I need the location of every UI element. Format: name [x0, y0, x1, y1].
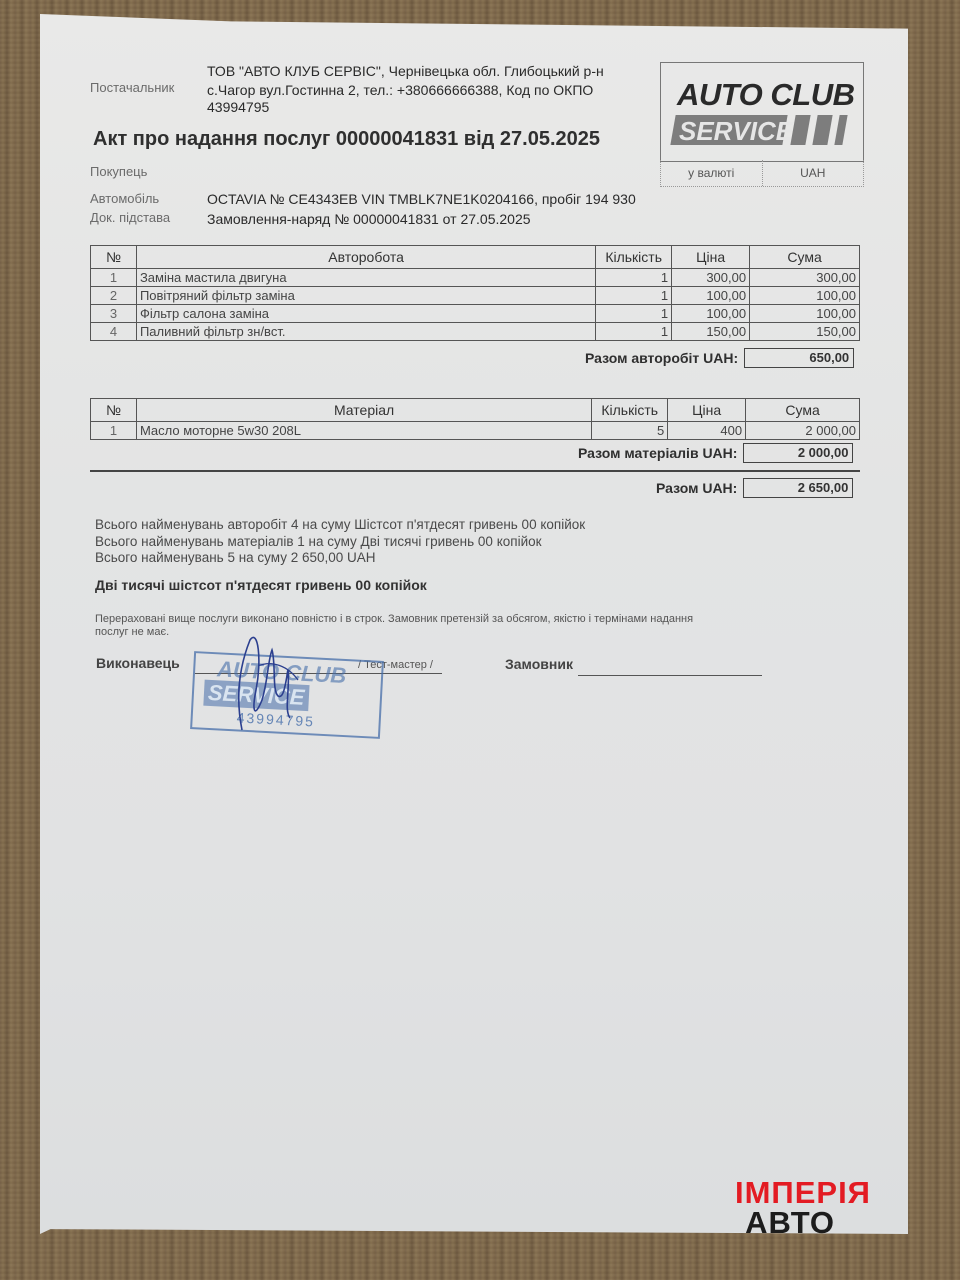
watermark-logo: ІМПЕРІЯ АВТО — [735, 1178, 871, 1238]
grand-total-label: Разом UAH: — [656, 480, 737, 496]
document-title: Акт про надання послуг 00000041831 від 2… — [93, 128, 600, 151]
table-cell: 300,00 — [672, 269, 750, 287]
materials-header-cell: Матеріал — [136, 399, 591, 422]
table-cell: 1 — [91, 422, 137, 440]
table-cell: Фільтр салона заміна — [136, 305, 595, 323]
logo-bar-icon — [790, 115, 810, 145]
basis-label: Док. підстава — [90, 210, 170, 225]
table-cell: 5 — [592, 422, 668, 440]
logo-text-top: AUTO CLUB — [677, 77, 854, 113]
table-cell: 1 — [596, 323, 672, 341]
table-row: 1Масло моторне 5w30 208L54002 000,00 — [91, 422, 860, 440]
table-cell: 1 — [596, 269, 672, 287]
table-cell: 1 — [596, 305, 672, 323]
table-cell: 100,00 — [672, 305, 750, 323]
table-cell: 1 — [596, 287, 672, 305]
works-total-label: Разом авторобіт UAH: — [585, 350, 738, 366]
divider-line — [90, 470, 860, 472]
table-cell: Повітряний фільтр заміна — [136, 287, 595, 305]
executor-label: Виконавець — [96, 655, 180, 671]
watermark-line-2: АВТО — [735, 1208, 835, 1238]
basis-value: Замовлення-наряд № 00000041831 от 27.05.… — [207, 211, 531, 227]
table-cell: 150,00 — [750, 323, 860, 341]
materials-header-row: №МатеріалКількістьЦінаСума — [91, 399, 860, 422]
table-cell: 400 — [668, 422, 746, 440]
works-total: Разом авторобіт UAH: 650,00 — [585, 348, 854, 368]
summary-materials: Всього найменувань матеріалів 1 на суму … — [95, 534, 542, 549]
logo-bar-icon — [812, 115, 832, 145]
works-header-cell: Кількість — [596, 246, 672, 269]
table-cell: Заміна мастила двигуна — [136, 269, 595, 287]
table-cell: 300,00 — [750, 269, 860, 287]
works-table: №АвтороботаКількістьЦінаСума 1Заміна мас… — [90, 245, 860, 341]
supplier-line-2: с.Чагор вул.Гостинна 2, тел.: +380666666… — [207, 82, 593, 98]
logo-text-bottom: SERVICE — [679, 116, 793, 147]
currency-label: у валюті — [661, 160, 763, 186]
amount-in-words: Дві тисячі шістсот п'ятдесят гривень 00 … — [95, 577, 427, 593]
materials-header-cell: № — [91, 399, 137, 422]
table-cell: 100,00 — [672, 287, 750, 305]
customer-signature-line — [578, 675, 762, 676]
materials-header-cell: Сума — [746, 399, 860, 422]
company-logo: AUTO CLUB SERVICE — [660, 62, 864, 162]
car-value: OCTAVIA № CE4343EB VIN TMBLK7NE1K0204166… — [207, 191, 636, 207]
table-row: 4Паливний фільтр зн/вст.1150,00150,00 — [91, 323, 860, 341]
table-cell: 100,00 — [750, 305, 860, 323]
grand-total: Разом UAH: 2 650,00 — [656, 478, 853, 498]
works-total-value: 650,00 — [744, 348, 854, 368]
currency-row: у валюті UAH — [660, 160, 864, 187]
table-cell: 100,00 — [750, 287, 860, 305]
table-cell: 2 000,00 — [746, 422, 860, 440]
works-header-cell: Сума — [750, 246, 860, 269]
table-row: 1Заміна мастила двигуна1300,00300,00 — [91, 269, 860, 287]
grand-total-value: 2 650,00 — [743, 478, 853, 498]
summary-works: Всього найменувань авторобіт 4 на суму Ш… — [95, 517, 585, 532]
watermark-line-1: ІМПЕРІЯ — [735, 1178, 871, 1208]
works-header-cell: № — [91, 246, 137, 269]
materials-total-value: 2 000,00 — [743, 443, 853, 463]
table-row: 3Фільтр салона заміна1100,00100,00 — [91, 305, 860, 323]
summary-total: Всього найменувань 5 на суму 2 650,00 UA… — [95, 550, 376, 565]
materials-total-label: Разом матеріалів UAH: — [578, 445, 737, 461]
currency-value: UAH — [763, 160, 864, 186]
table-cell: 4 — [91, 323, 137, 341]
materials-table: №МатеріалКількістьЦінаСума 1Масло моторн… — [90, 398, 860, 440]
table-cell: Паливний фільтр зн/вст. — [136, 323, 595, 341]
table-cell: 150,00 — [672, 323, 750, 341]
disclaimer-line-2: послуг не має. — [95, 626, 169, 638]
supplier-line-1: ТОВ "АВТО КЛУБ СЕРВІС", Чернівецька обл.… — [207, 63, 604, 79]
table-row: 2Повітряний фільтр заміна1100,00100,00 — [91, 287, 860, 305]
handwritten-signature-icon — [228, 630, 318, 740]
table-cell: 1 — [91, 269, 137, 287]
customer-label: Замовник — [505, 656, 573, 672]
table-cell: Масло моторне 5w30 208L — [136, 422, 591, 440]
buyer-label: Покупець — [90, 164, 147, 179]
logo-bar-icon — [834, 115, 847, 145]
table-cell: 3 — [91, 305, 137, 323]
disclaimer-line-1: Перераховані вище послуги виконано повні… — [95, 613, 693, 625]
works-header-row: №АвтороботаКількістьЦінаСума — [91, 246, 860, 269]
supplier-label: Постачальник — [90, 80, 174, 95]
materials-total: Разом матеріалів UAH: 2 000,00 — [578, 443, 853, 463]
works-header-cell: Ціна — [672, 246, 750, 269]
table-cell: 2 — [91, 287, 137, 305]
works-header-cell: Авторобота — [136, 246, 595, 269]
materials-header-cell: Кількість — [592, 399, 668, 422]
supplier-line-3: 43994795 — [207, 99, 269, 115]
materials-header-cell: Ціна — [668, 399, 746, 422]
car-label: Автомобіль — [90, 191, 159, 206]
